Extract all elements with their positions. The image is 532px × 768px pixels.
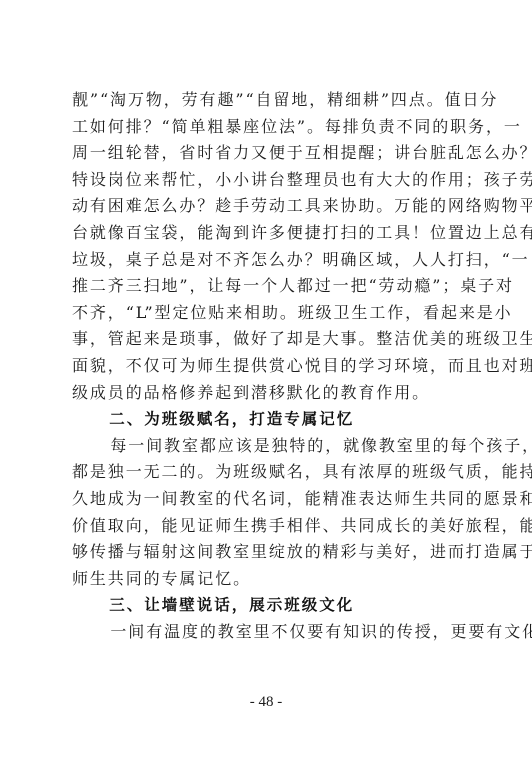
text-line: 特设岗位来帮忙，小小讲台整理员也有大大的作用；孩子劳 bbox=[72, 167, 462, 194]
section-heading-2: 二、为班级赋名，打造专属记忆 bbox=[72, 406, 462, 433]
text-line: 面貌，不仅可为师生提供赏心悦目的学习环境，而且也对班 bbox=[72, 353, 462, 380]
text-line: 垃圾，桌子总是对不齐怎么办？明确区域，人人打扫，“一 bbox=[72, 247, 462, 274]
text-line: 每一间教室都应该是独特的，就像教室里的每个孩子， bbox=[72, 433, 462, 460]
text-line: 够传播与辐射这间教室里绽放的精彩与美好，进而打造属于 bbox=[72, 539, 462, 566]
text-line: 一间有温度的教室里不仅要有知识的传授，更要有文化 bbox=[72, 619, 462, 646]
text-line: 不齐，“L”型定位贴来相助。班级卫生工作，看起来是小 bbox=[72, 300, 462, 327]
page-number: - 48 - bbox=[0, 694, 532, 711]
paragraph-wall-culture: 一间有温度的教室里不仅要有知识的传授，更要有文化 bbox=[72, 619, 462, 646]
paragraph-hygiene-continued: 靓”“淘万物，劳有趣”“自留地，精细耕”四点。值日分 工如何排？“简单粗暴座位法… bbox=[72, 87, 462, 406]
text-line: 周一组轮替，省时省力又便于互相提醒；讲台脏乱怎么办？ bbox=[72, 140, 462, 167]
text-line: 靓”“淘万物，劳有趣”“自留地，精细耕”四点。值日分 bbox=[72, 87, 462, 114]
section-heading-3: 三、让墙壁说话，展示班级文化 bbox=[72, 592, 462, 619]
text-line: 久地成为一间教室的代名词，能精准表达师生共同的愿景和 bbox=[72, 486, 462, 513]
text-line: 价值取向，能见证师生携手相伴、共同成长的美好旅程，能 bbox=[72, 513, 462, 540]
text-line: 动有困难怎么办？趁手劳动工具来协助。万能的网络购物平 bbox=[72, 193, 462, 220]
text-line: 工如何排？“简单粗暴座位法”。每排负责不同的职务，一 bbox=[72, 114, 462, 141]
text-line: 事，管起来是琐事，做好了却是大事。整洁优美的班级卫生 bbox=[72, 326, 462, 353]
body-text: 靓”“淘万物，劳有趣”“自留地，精细耕”四点。值日分 工如何排？“简单粗暴座位法… bbox=[72, 87, 462, 645]
text-line: 台就像百宝袋，能淘到许多便捷打扫的工具！位置边上总有 bbox=[72, 220, 462, 247]
text-line: 都是独一无二的。为班级赋名，具有浓厚的班级气质，能持 bbox=[72, 459, 462, 486]
text-line: 推二齐三扫地”，让每一个人都过一把“劳动瘾”；桌子对 bbox=[72, 273, 462, 300]
paragraph-class-naming: 每一间教室都应该是独特的，就像教室里的每个孩子， 都是独一无二的。为班级赋名，具… bbox=[72, 433, 462, 593]
document-page: 靓”“淘万物，劳有趣”“自留地，精细耕”四点。值日分 工如何排？“简单粗暴座位法… bbox=[0, 0, 532, 768]
text-line: 级成员的品格修养起到潜移默化的教育作用。 bbox=[72, 380, 462, 407]
text-line: 师生共同的专属记忆。 bbox=[72, 566, 462, 593]
